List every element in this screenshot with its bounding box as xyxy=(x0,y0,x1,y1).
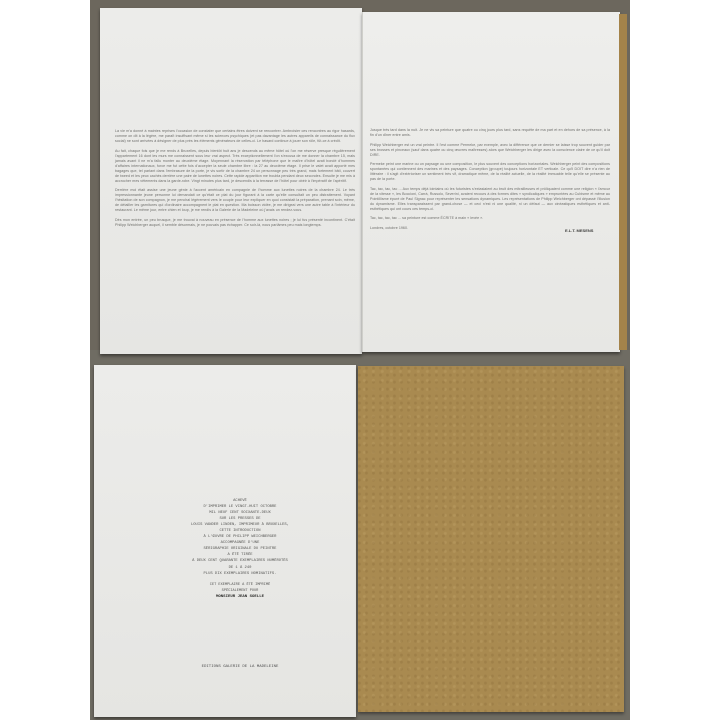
paragraph: Jusque très tard dans la nuit. Je ne vis… xyxy=(370,128,610,138)
recipient-name: MONSIEUR JEAN SOELLE xyxy=(160,595,320,601)
colophon-text: ACHEVÉ D'IMPRIMER LE VINGT-HUIT OCTOBRE … xyxy=(160,498,320,577)
paragraph: Philipp Weichberger est un vrai peintre.… xyxy=(370,143,610,158)
right-page-text: Jusque très tard dans la nuit. Je ne vis… xyxy=(370,128,610,236)
paragraph: Au fait, chaque fois que je me rends à B… xyxy=(115,149,355,184)
paragraph: Derrière moi était assise une jeune géni… xyxy=(115,188,355,213)
paragraph: Tac, tac, tac, tac ... Aux temps déjà lo… xyxy=(370,187,610,212)
special-copy-note: CET EXEMPLAIRE A ÉTÉ IMPRIMÉ SPÉCIALEMEN… xyxy=(160,583,320,600)
paragraph: Tac, tac, tac, tac ... sa peinture est c… xyxy=(370,216,610,221)
author-signature: E.L.T. MESENS xyxy=(565,228,593,233)
colophon-line: PLUS DIX EXEMPLAIRES NOMINATIFS. xyxy=(160,571,320,577)
kraft-back-cover xyxy=(358,366,624,712)
left-page-text: La vie m'a donné à maintes reprises l'oc… xyxy=(115,129,355,232)
cover-edge xyxy=(619,14,627,350)
paragraph: Permeke peint une marine ou un paysage o… xyxy=(370,162,610,182)
paragraph: La vie m'a donné à maintes reprises l'oc… xyxy=(115,129,355,144)
publisher-imprint: EDITIONS GALERIE DE LA MADELEINE xyxy=(160,665,320,669)
paragraph: Dès mon entrée, un peu brusque, je me tr… xyxy=(115,218,355,228)
